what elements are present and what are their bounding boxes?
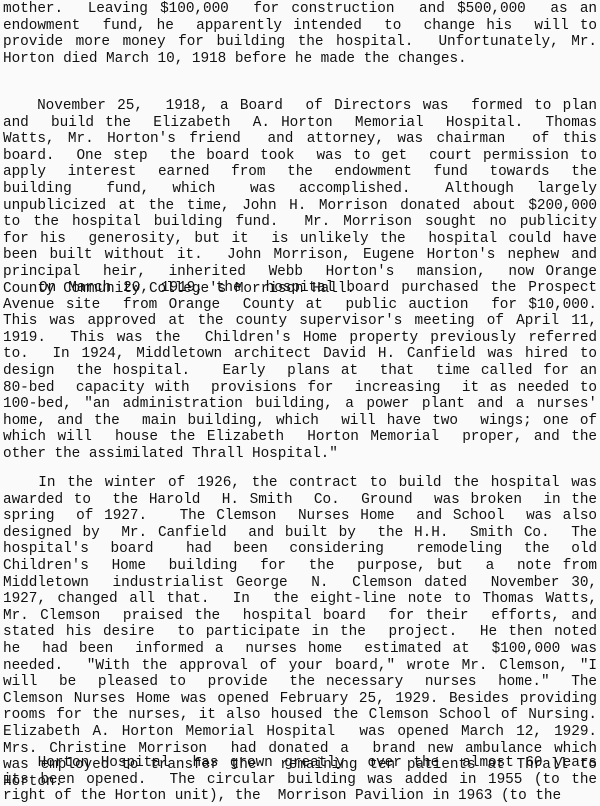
text-line: principal heir, inherited Webb Horton's … (3, 264, 597, 281)
text-line: Avenue site from Orange County at public… (3, 297, 597, 314)
text-line: Children's Home building for the purpose… (3, 558, 597, 575)
text-line: Watts, Mr. Horton's friend and attorney,… (3, 131, 597, 148)
text-line: Middletown industrialist George N. Clems… (3, 575, 597, 592)
text-line: home, and the main building, which will … (3, 413, 597, 430)
text-line: for his generosity, but it is unlikely t… (3, 231, 597, 248)
text-line: been built without it. John Morrison, Eu… (3, 247, 597, 264)
text-line: Horton Hospital has grown greatly over t… (3, 755, 597, 772)
text-line: design the hospital. Early plans at that… (3, 363, 597, 380)
paragraph-p3: On March 20, 1919, the hospital board pu… (3, 280, 597, 463)
text-line: other the assimilated Thrall Hospital." (3, 446, 597, 463)
text-line: mother. Leaving $100,000 for constructio… (3, 1, 597, 18)
text-line: to the hospital building fund. Mr. Morri… (3, 214, 597, 231)
text-line: Horton died March 10, 1918 before he mad… (3, 51, 597, 68)
text-line: designed by Mr. Canfield and built by th… (3, 525, 597, 542)
text-line: awarded to the Harold H. Smith Co. Groun… (3, 492, 597, 509)
text-line: will be pleased to provide the necessary… (3, 674, 597, 691)
text-line: apply interest earned from the endowment… (3, 164, 597, 181)
text-line: On March 20, 1919, the hospital board pu… (3, 280, 597, 297)
text-line: endowment fund, he apparently intended t… (3, 18, 597, 35)
text-line: Elizabeth A. Horton Memorial Hospital wa… (3, 724, 597, 741)
text-line: right of the Horton unit), the Morrison … (3, 788, 597, 805)
text-line: 1919. This was the Children's Home prope… (3, 330, 597, 347)
text-line: its been opened. The circular building w… (3, 772, 597, 789)
text-line: he had been informed a nurses home estim… (3, 641, 597, 658)
paragraph-p5: Horton Hospital has grown greatly over t… (3, 755, 597, 805)
text-line: and build the Elizabeth A. Horton Memori… (3, 115, 597, 132)
document-page: mother. Leaving $100,000 for constructio… (0, 0, 600, 806)
paragraph-p1: mother. Leaving $100,000 for constructio… (3, 1, 597, 67)
text-line: unpublicized at the time, John H. Morris… (3, 198, 597, 215)
text-line: This was approved at the county supervis… (3, 313, 597, 330)
text-line: 100-bed, "an administration building, a … (3, 396, 597, 413)
text-line: Clemson Nurses Home was opened February … (3, 691, 597, 708)
text-line: to. In 1924, Middletown architect David … (3, 346, 597, 363)
text-line: rooms for the nurses, it also housed the… (3, 707, 597, 724)
text-line: board. One step the board took was to ge… (3, 148, 597, 165)
text-line: needed. "With the approval of your board… (3, 658, 597, 675)
text-line: 80-bed capacity with provisions for incr… (3, 380, 597, 397)
text-line: 1927, changed all that. In the eight-lin… (3, 591, 597, 608)
text-line: provide more money for building the hosp… (3, 34, 597, 51)
text-line: In the winter of 1926, the contract to b… (3, 475, 597, 492)
text-line: building fund, which was accomplished. A… (3, 181, 597, 198)
paragraph-p4: In the winter of 1926, the contract to b… (3, 475, 597, 790)
text-line: stated his desire to participate in the … (3, 624, 597, 641)
text-line: which will house the Elizabeth Horton Me… (3, 429, 597, 446)
paragraph-p2: November 25, 1918, a Board of Directors … (3, 98, 597, 297)
text-line: hospital's board had been considering re… (3, 541, 597, 558)
text-line: spring of 1927. The Clemson Nurses Home … (3, 508, 597, 525)
text-line: Mr. Clemson praised the hospital board f… (3, 608, 597, 625)
text-line: November 25, 1918, a Board of Directors … (3, 98, 597, 115)
